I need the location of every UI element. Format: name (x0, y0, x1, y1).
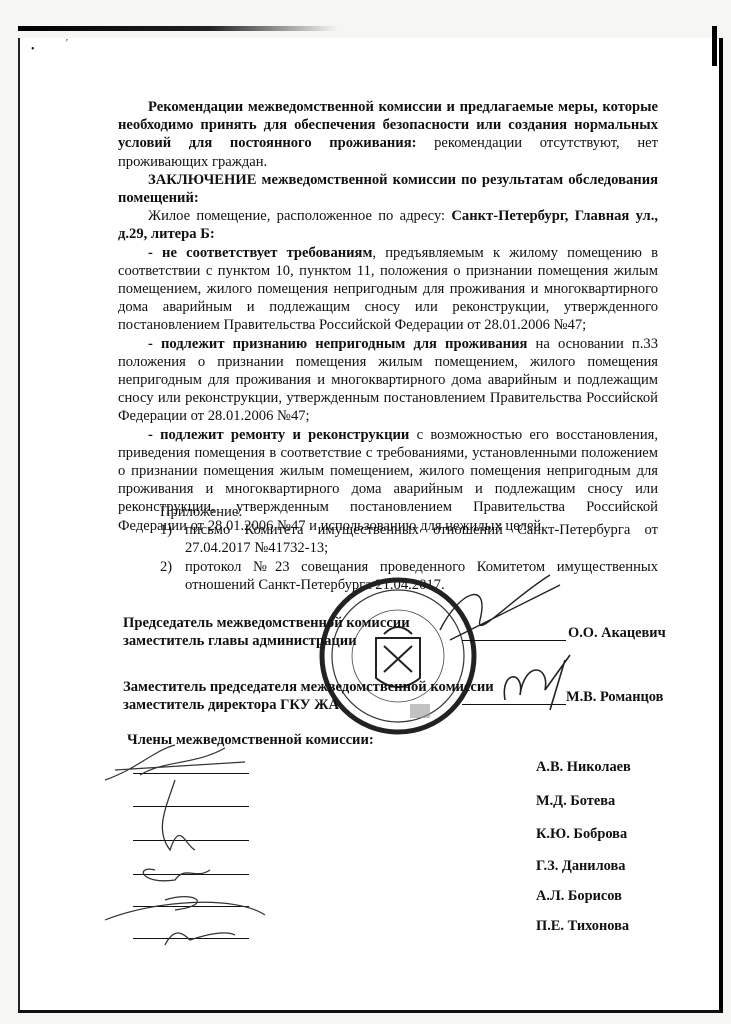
chair-title-line1: Председатель межведомственной комиссии (123, 614, 410, 632)
attachments-heading: Приложение: (118, 503, 658, 521)
scan-speck: • (31, 44, 35, 55)
item-lead: - подлежит признанию непригодным для про… (148, 336, 527, 352)
member-signatures-icon (95, 740, 275, 950)
deputy-signature-icon (495, 650, 585, 720)
member-name: П.Е. Тихонова (536, 918, 629, 935)
chair-title: Председатель межведомственной комиссии з… (123, 614, 410, 650)
attachment-item: 1)письмо Комитета имущественных отношени… (160, 521, 658, 557)
scan-speck: ' (66, 38, 68, 49)
member-name: К.Ю. Боброва (536, 826, 627, 843)
main-text: Рекомендации межведомственной комиссии и… (118, 98, 658, 535)
chair-title-line2: заместитель главы администрации (123, 632, 410, 650)
attachment-number: 1) (160, 521, 172, 539)
conclusion-caps: ЗАКЛЮЧЕНИЕ (148, 172, 256, 188)
chair-name: О.О. Акацевич (568, 625, 666, 642)
recommendations-paragraph: Рекомендации межведомственной комиссии и… (118, 98, 658, 171)
member-name: Г.З. Данилова (536, 858, 625, 875)
member-name: А.В. Николаев (536, 759, 631, 776)
member-name: М.Д. Ботева (536, 793, 615, 810)
scan-edge-right (712, 26, 717, 66)
deputy-title: Заместитель председателя межведомственно… (123, 678, 494, 714)
item-lead: - подлежит ремонту и реконструкции (148, 427, 409, 443)
attachment-number: 2) (160, 558, 172, 576)
deputy-title-line1: Заместитель председателя межведомственно… (123, 678, 494, 696)
chair-signature-icon (420, 570, 570, 650)
item-lead: - не соответствует требованиям (148, 245, 372, 261)
address-intro: Жилое помещение, расположенное по адресу… (148, 208, 451, 224)
deputy-title-line2: заместитель директора ГКУ ЖА (123, 696, 494, 714)
address-paragraph: Жилое помещение, расположенное по адресу… (118, 207, 658, 243)
attachment-text: письмо Комитета имущественных отношений … (185, 522, 658, 556)
conclusion-item: - не соответствует требованиям, предъявл… (118, 244, 658, 335)
member-name: А.Л. Борисов (536, 888, 622, 905)
scan-edge-top (18, 26, 338, 31)
conclusion-item: - подлежит признанию непригодным для про… (118, 335, 658, 426)
conclusion-heading: ЗАКЛЮЧЕНИЕ межведомственной комиссии по … (118, 171, 658, 207)
